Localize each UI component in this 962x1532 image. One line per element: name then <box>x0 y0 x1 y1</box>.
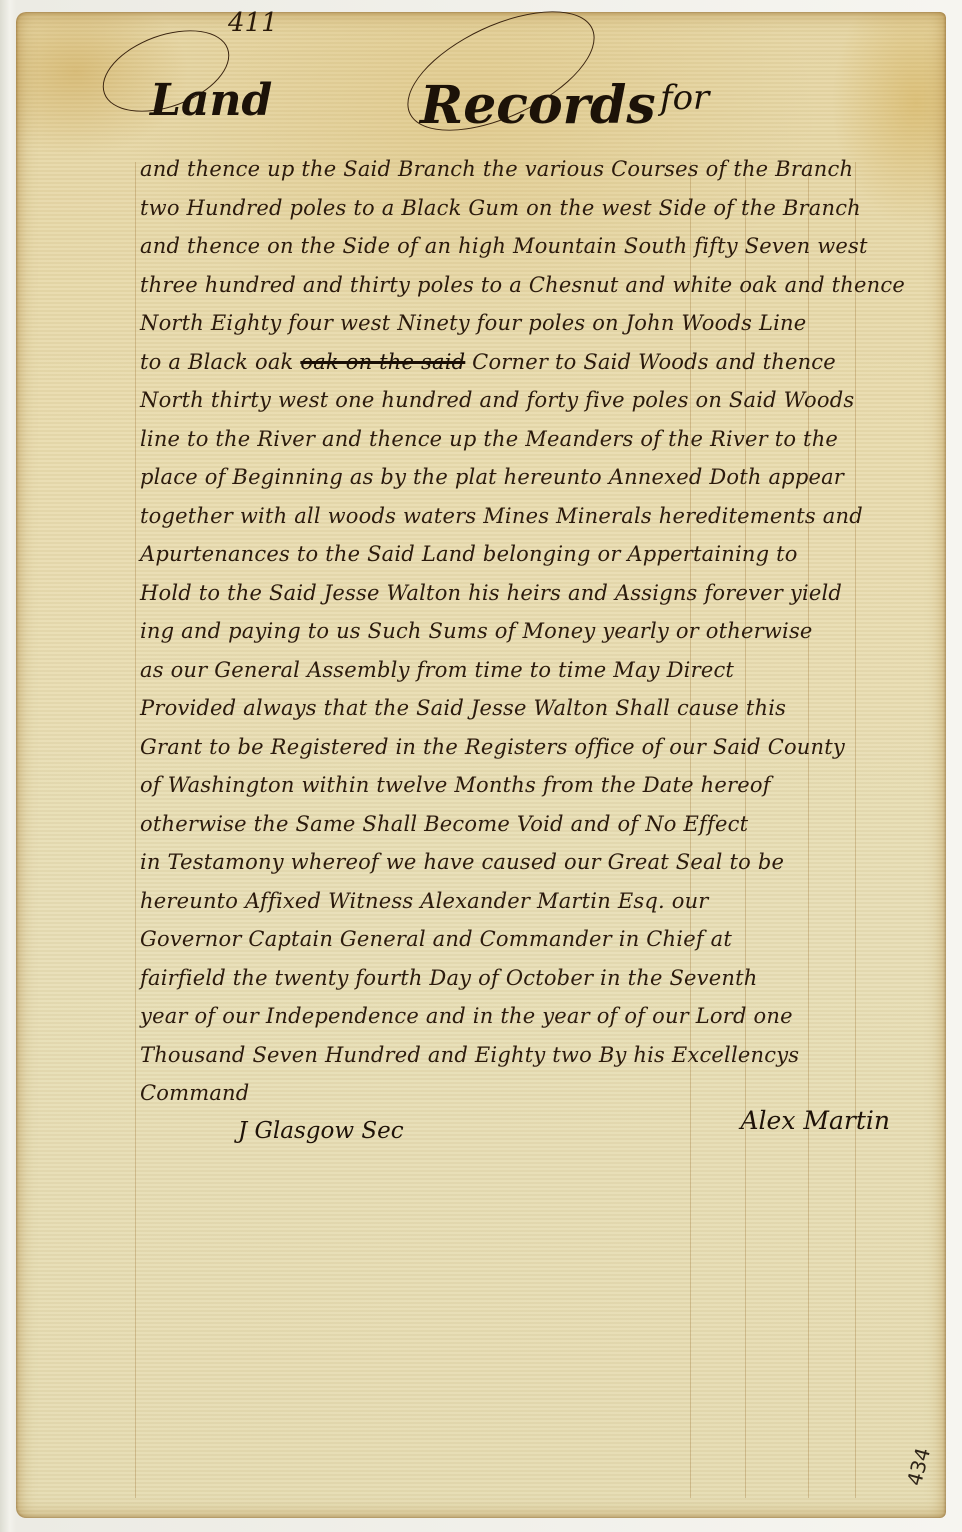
manuscript-body: and thence up the Said Branch the variou… <box>140 150 940 1113</box>
text-line: Governor Captain General and Commander i… <box>140 920 940 959</box>
folio-number: 411 <box>228 8 278 38</box>
text-line: together with all woods waters Mines Min… <box>140 497 940 536</box>
text-line: two Hundred poles to a Black Gum on the … <box>140 189 940 228</box>
text-line: hereunto Affixed Witness Alexander Marti… <box>140 882 940 921</box>
text-line: of Washington within twelve Months from … <box>140 766 940 805</box>
text-line: fairfield the twenty fourth Day of Octob… <box>140 959 940 998</box>
text-line: North Eighty four west Ninety four poles… <box>140 304 940 343</box>
text-line: year of our Independence and in the year… <box>140 997 940 1036</box>
text-segment: Corner to Said Woods and thence <box>465 350 836 374</box>
text-line: line to the River and thence up the Mean… <box>140 420 940 459</box>
margin-rule <box>135 162 136 1498</box>
text-line: three hundred and thirty poles to a Ches… <box>140 266 940 305</box>
page-heading: Land Records for <box>100 60 860 150</box>
heading-word-for: for <box>660 78 709 118</box>
heading-word-records: Records <box>420 75 656 136</box>
text-line: Grant to be Registered in the Registers … <box>140 728 940 767</box>
text-line: and thence on the Side of an high Mounta… <box>140 227 940 266</box>
text-line: place of Beginning as by the plat hereun… <box>140 458 940 497</box>
governor-signature: Alex Martin <box>741 1106 891 1135</box>
text-line: Thousand Seven Hundred and Eighty two By… <box>140 1036 940 1075</box>
text-line: North thirty west one hundred and forty … <box>140 381 940 420</box>
struck-text: oak on the said <box>300 350 465 374</box>
text-line: otherwise the Same Shall Become Void and… <box>140 805 940 844</box>
text-line-with-strikethrough: to a Black oak oak on the said Corner to… <box>140 343 940 382</box>
heading-word-land: Land <box>150 75 272 126</box>
text-line: ing and paying to us Such Sums of Money … <box>140 612 940 651</box>
secretary-signature: J Glasgow Sec <box>238 1118 404 1144</box>
text-segment: to a Black oak <box>140 350 300 374</box>
text-line: as our General Assembly from time to tim… <box>140 651 940 690</box>
signature-block: J Glasgow Sec Alex Martin <box>140 1110 920 1170</box>
text-line: and thence up the Said Branch the variou… <box>140 150 940 189</box>
text-line: Apurtenances to the Said Land belonging … <box>140 535 940 574</box>
text-line: in Testamony whereof we have caused our … <box>140 843 940 882</box>
text-line: Provided always that the Said Jesse Walt… <box>140 689 940 728</box>
text-line: Hold to the Said Jesse Walton his heirs … <box>140 574 940 613</box>
